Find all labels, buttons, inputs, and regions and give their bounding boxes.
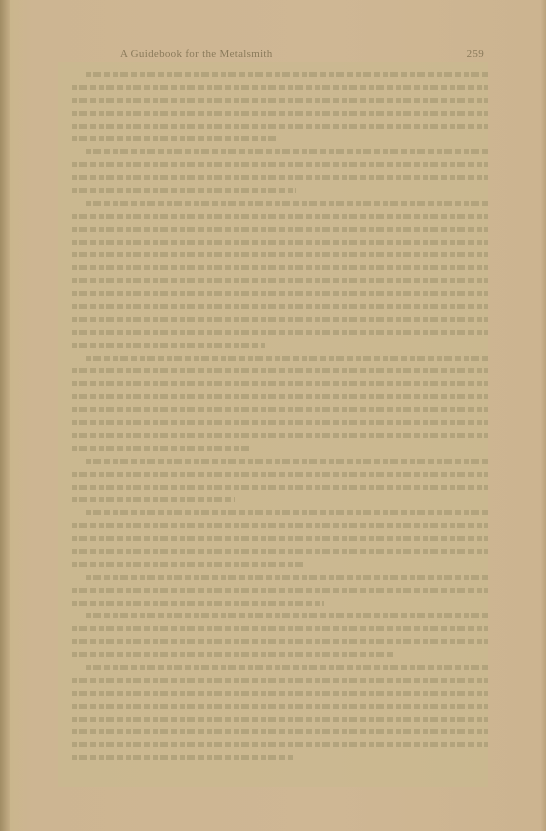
text-line	[58, 725, 488, 738]
text-line	[58, 274, 488, 287]
text-line	[58, 687, 488, 700]
text-line	[58, 609, 488, 622]
text-line	[58, 210, 488, 223]
text-line	[58, 352, 488, 365]
text-line	[58, 300, 488, 313]
running-head: A Guidebook for the Metalsmith	[120, 48, 273, 60]
paragraph	[58, 455, 488, 507]
text-line	[58, 120, 488, 133]
text-line	[58, 571, 488, 584]
page-header: A Guidebook for the Metalsmith 259	[58, 48, 488, 64]
text-line	[58, 107, 488, 120]
text-line	[58, 145, 488, 158]
text-line	[58, 94, 488, 107]
text-line	[58, 519, 488, 532]
paragraph	[58, 68, 488, 145]
text-line	[58, 223, 488, 236]
paragraph	[58, 609, 488, 661]
text-line	[58, 429, 488, 442]
text-line	[58, 751, 488, 764]
text-line	[58, 339, 488, 352]
paragraph	[58, 506, 488, 570]
text-line	[58, 132, 488, 145]
text-line	[58, 455, 488, 468]
text-line	[58, 674, 488, 687]
page-edge	[540, 0, 546, 831]
text-line	[58, 416, 488, 429]
text-line	[58, 377, 488, 390]
text-line	[58, 236, 488, 249]
paragraph	[58, 145, 488, 197]
text-line	[58, 622, 488, 635]
text-line	[58, 738, 488, 751]
text-line	[58, 700, 488, 713]
text-line	[58, 545, 488, 558]
text-line	[58, 493, 488, 506]
body-text	[58, 68, 488, 764]
text-line	[58, 403, 488, 416]
text-line	[58, 261, 488, 274]
paragraph	[58, 197, 488, 352]
page-spine-shadow	[0, 0, 10, 831]
text-line	[58, 390, 488, 403]
text-line	[58, 81, 488, 94]
text-line	[58, 648, 488, 661]
text-line	[58, 584, 488, 597]
text-line	[58, 442, 488, 455]
text-line	[58, 532, 488, 545]
scanned-book-page: A Guidebook for the Metalsmith 259	[0, 0, 546, 831]
text-line	[58, 248, 488, 261]
text-line	[58, 184, 488, 197]
text-line	[58, 713, 488, 726]
text-line	[58, 635, 488, 648]
text-line	[58, 158, 488, 171]
text-line	[58, 197, 488, 210]
text-line	[58, 313, 488, 326]
text-line	[58, 506, 488, 519]
paragraph	[58, 352, 488, 455]
text-line	[58, 661, 488, 674]
text-line	[58, 481, 488, 494]
text-line	[58, 326, 488, 339]
text-line	[58, 597, 488, 610]
text-line	[58, 68, 488, 81]
text-line	[58, 364, 488, 377]
page-number: 259	[467, 48, 484, 60]
text-line	[58, 558, 488, 571]
text-line	[58, 287, 488, 300]
text-line	[58, 171, 488, 184]
paragraph	[58, 571, 488, 610]
text-line	[58, 468, 488, 481]
paragraph	[58, 661, 488, 764]
